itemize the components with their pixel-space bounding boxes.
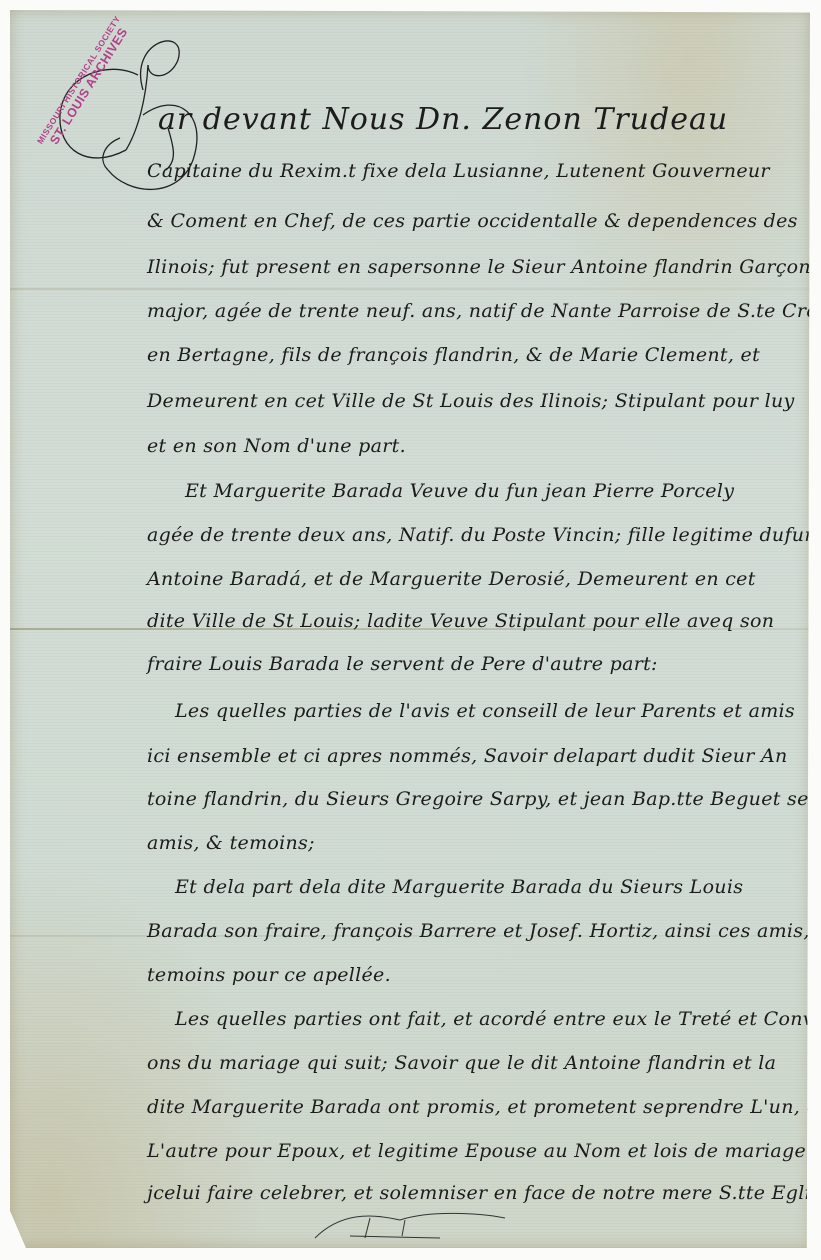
- text-line: L'autre pour Epoux, et legitime Epouse a…: [147, 1140, 821, 1162]
- text-line: temoins pour ce apellée.: [147, 964, 391, 986]
- text-line: en Bertagne, fils de françois flandrin, …: [147, 344, 760, 366]
- text-line: Et dela part dela dite Marguerite Barada…: [175, 876, 743, 898]
- text-line: ici ensemble et ci apres nommés, Savoir …: [147, 745, 788, 767]
- text-line: Les quelles parties de l'avis et conseil…: [175, 700, 795, 722]
- text-line: Barada son fraire, françois Barrere et J…: [147, 920, 821, 942]
- paper-fold-line: [10, 288, 810, 290]
- text-line: dite Marguerite Barada ont promis, et pr…: [147, 1096, 821, 1118]
- manuscript-page: MISSOURI HISTORICAL SOCIETY ST. LOUIS AR…: [10, 10, 810, 1248]
- text-line: et en son Nom d'une part.: [147, 435, 406, 457]
- text-line: major, agée de trente neuf. ans, natif d…: [147, 300, 821, 322]
- text-line: dite Ville de St Louis; ladite Veuve Sti…: [147, 610, 774, 632]
- text-line: ons du mariage qui suit; Savoir que le d…: [147, 1052, 776, 1074]
- text-line: Ilinois; fut present en sapersonne le Si…: [147, 256, 811, 278]
- text-line: amis, & temoins;: [147, 832, 315, 854]
- text-line: & Coment en Chef, de ces partie occident…: [147, 210, 798, 232]
- text-line: Antoine Baradá, et de Marguerite Derosié…: [147, 568, 756, 590]
- text-line: fraire Louis Barada le servent de Pere d…: [147, 653, 658, 675]
- text-line-title: ar devant Nous Dn. Zenon Trudeau: [158, 102, 728, 137]
- text-line: Capitaine du Rexim.t fixe dela Lusianne,…: [147, 160, 770, 182]
- text-line: jcelui faire celebrer, et solemniser en …: [147, 1182, 821, 1204]
- text-line: Demeurent en cet Ville de St Louis des I…: [147, 390, 795, 412]
- text-line: agée de trente deux ans, Natif. du Poste…: [147, 524, 817, 546]
- bottom-flourish: [310, 1208, 510, 1244]
- text-line: Les quelles parties ont fait, et acordé …: [175, 1008, 821, 1030]
- text-line: toine flandrin, du Sieurs Gregoire Sarpy…: [147, 788, 819, 810]
- text-line: Et Marguerite Barada Veuve du fun jean P…: [185, 480, 734, 502]
